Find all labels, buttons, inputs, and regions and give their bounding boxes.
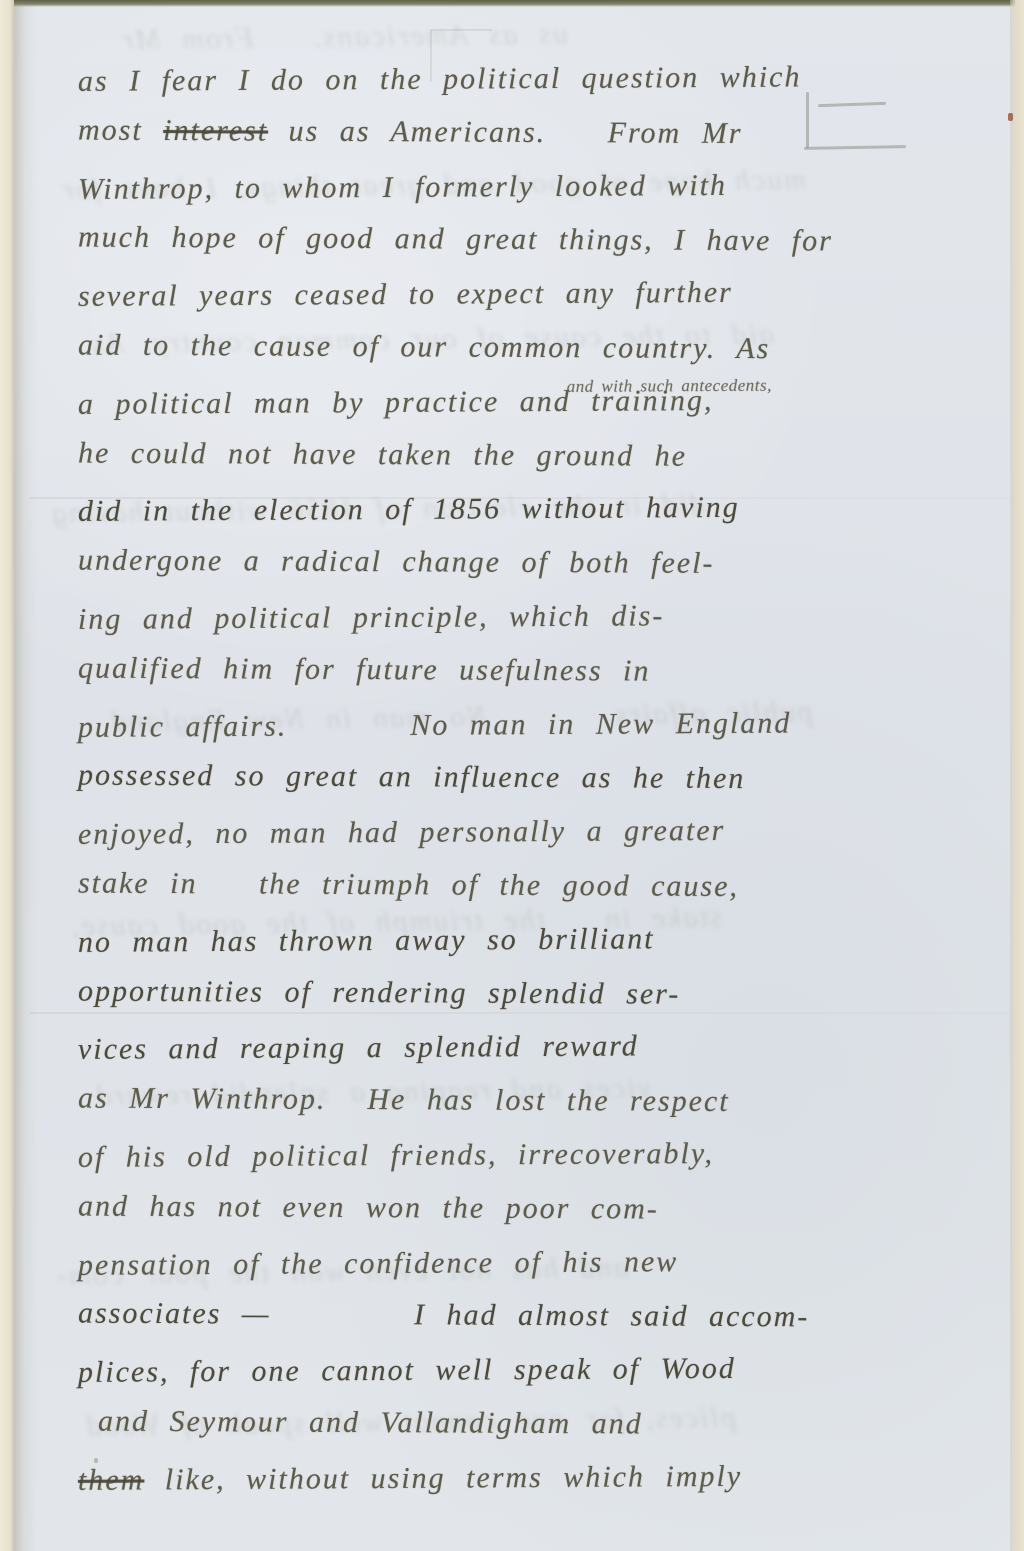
paper-speck — [94, 1458, 98, 1463]
manuscript-line: he could not have taken the ground he — [78, 430, 1018, 489]
line-text: public affairs. No man in New England — [78, 706, 792, 743]
line-text: vices and reaping a splendid reward — [78, 1030, 639, 1066]
manuscript-line: aid to the cause of our common country. … — [78, 323, 1018, 382]
manuscript-line: vices and reaping a splendid reward — [78, 1021, 1018, 1081]
line-text: Winthrop, to whom I formerly looked with — [78, 169, 727, 206]
line-text: like, without using terms which imply — [144, 1460, 742, 1497]
line-text: undergone a radical change of both feel- — [78, 544, 715, 580]
manuscript-line: pensation of the confidence of his new — [78, 1237, 1018, 1297]
line-text: us as Americans. From Mr — [268, 114, 743, 149]
pencil-faint-bracket — [430, 29, 492, 31]
manuscript-line: and has not even won the poor com- — [78, 1183, 1018, 1242]
line-text: much hope of good and great things, I ha… — [78, 221, 833, 258]
manuscript-line: most interest us as Americans. From Mr — [78, 107, 1018, 166]
scan-top-edge — [0, 0, 1024, 7]
manuscript-line: no man has thrown away so brilliant — [78, 914, 1018, 974]
line-text: he could not have taken the ground he — [78, 436, 687, 472]
line-text: aid to the cause of our common country. … — [78, 329, 770, 366]
manuscript-line: several years ceased to expect any furth… — [78, 268, 1018, 328]
manuscript-line: did in the election of 1856 without havi… — [78, 484, 1018, 544]
struck-word: them — [78, 1463, 145, 1496]
manuscript-line: associates — I had almost said accom- — [78, 1291, 1018, 1350]
manuscript-line: opportunities of rendering splendid ser- — [78, 968, 1018, 1027]
line-text: opportunities of rendering splendid ser- — [78, 974, 680, 1010]
line-text: most — [78, 113, 163, 146]
line-text: ing and political principle, which dis- — [78, 599, 664, 636]
struck-word: interest — [163, 114, 268, 148]
line-text: as Mr Winthrop. He has lost the respect — [78, 1082, 730, 1118]
line-text: as I fear I do on the political question… — [78, 60, 802, 97]
line-text: no man has thrown away so brilliant — [78, 922, 655, 959]
line-text: associates — I had almost said accom- — [78, 1297, 809, 1334]
page-right-edge — [1010, 0, 1024, 1551]
manuscript-line: of his old political friends, irrecovera… — [78, 1129, 1018, 1189]
line-text: and Seymour and Vallandigham and — [98, 1405, 643, 1441]
line-text: enjoyed, no man had personally a greater — [78, 814, 726, 851]
manuscript-line: qualified him for future usefulness in — [78, 645, 1018, 704]
line-text: possessed so great an influence as he th… — [78, 759, 745, 795]
manuscript-line: possessed so great an influence as he th… — [78, 753, 1018, 812]
pencil-faint-bracket — [430, 30, 432, 82]
line-text: and has not even won the poor com- — [78, 1189, 659, 1225]
manuscript-line: and Seymour and Vallandigham and — [98, 1399, 1018, 1458]
manuscript-line: enjoyed, no man had personally a greater — [78, 806, 1018, 866]
paper-speck — [1008, 113, 1013, 121]
manuscript-line: stake in the triumph of the good cause, — [78, 860, 1018, 919]
line-text: stake in the triumph of the good cause, — [78, 866, 739, 902]
binding-fold-shadow — [14, 0, 38, 1551]
line-text: did in the election of 1856 without havi… — [78, 491, 740, 528]
manuscript-line: them like, without using terms which imp… — [78, 1452, 1018, 1512]
scanned-letter-page: us as Americans. From Mr much hope of go… — [0, 0, 1024, 1551]
line-text: several years ceased to expect any furth… — [78, 276, 733, 313]
manuscript-line: public affairs. No man in New England — [78, 699, 1018, 759]
manuscript-line: and with such antecedents,a political ma… — [78, 376, 1018, 436]
binding-edge — [0, 0, 14, 1551]
line-text: of his old political friends, irrecovera… — [78, 1137, 714, 1174]
pencil-bracket-mark — [806, 92, 809, 148]
manuscript-line: Winthrop, to whom I formerly looked with — [78, 161, 1018, 221]
line-text: pensation of the confidence of his new — [78, 1245, 678, 1282]
manuscript-line: much hope of good and great things, I ha… — [78, 215, 1018, 274]
manuscript-line: plices, for one cannot well speak of Woo… — [78, 1344, 1018, 1404]
manuscript-line: ing and political principle, which dis- — [78, 591, 1018, 651]
line-text: plices, for one cannot well speak of Woo… — [78, 1352, 736, 1389]
line-text: qualified him for future usefulness in — [78, 651, 651, 687]
manuscript-line: as Mr Winthrop. He has lost the respect — [78, 1076, 1018, 1135]
bleedthrough-ghost-text: us as Americans. From Mr — [120, 17, 588, 58]
interlinear-insertion: and with such antecedents, — [567, 362, 772, 409]
letter-body: as I fear I do on the political question… — [78, 56, 1018, 1509]
manuscript-line: undergone a radical change of both feel- — [78, 538, 1018, 597]
